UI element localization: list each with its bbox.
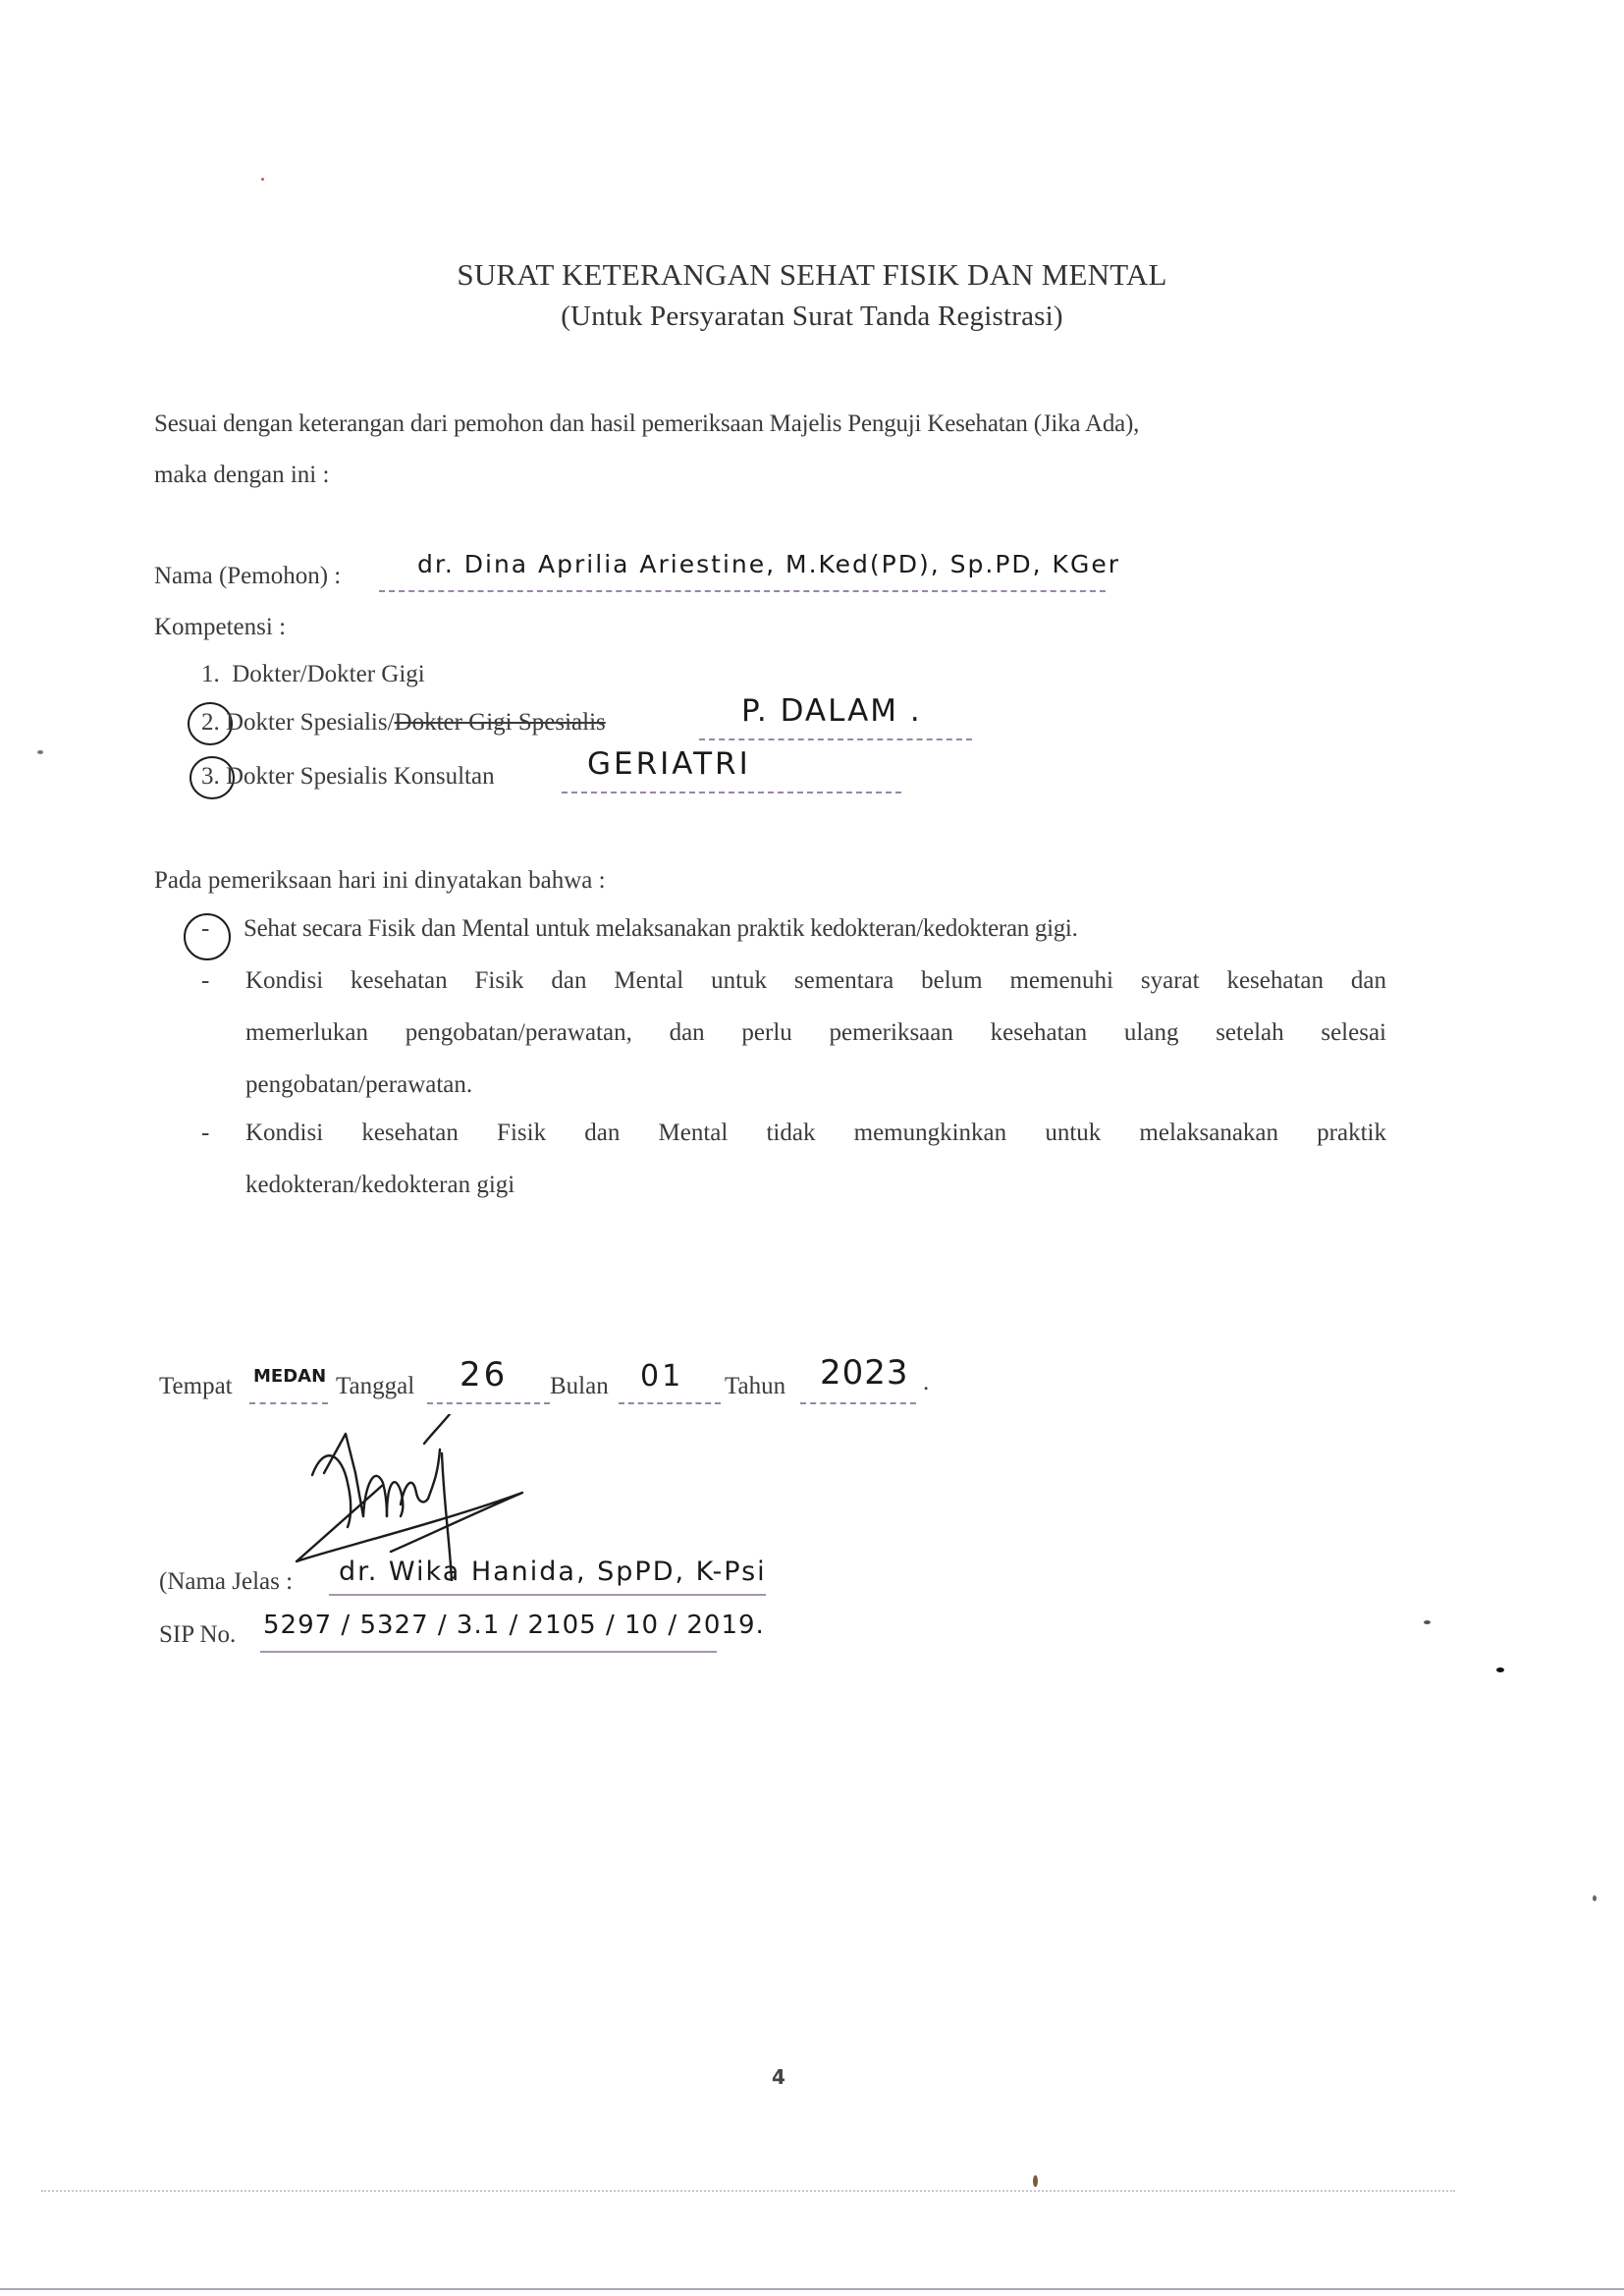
month-label: Bulan xyxy=(550,1373,609,1400)
competence-item-2-underline xyxy=(699,738,972,740)
competence-item-3-text: Dokter Spesialis Konsultan xyxy=(226,763,495,790)
month-underline xyxy=(619,1402,721,1404)
bottom-rule xyxy=(41,2190,1455,2192)
signer-name-value[interactable]: dr. Wika Hanida, SpPD, K-Psi xyxy=(339,1557,767,1587)
intro-line-1: Sesuai dengan keterangan dari pemohon da… xyxy=(154,410,1139,438)
option-2-line-2: memerlukan pengobatan/perawatan, dan per… xyxy=(245,1019,1386,1047)
scan-speck xyxy=(1593,1895,1597,1901)
place-underline xyxy=(249,1402,328,1404)
competence-item-3-underline xyxy=(562,792,901,793)
option-3-line-2: kedokteran/kedokteran gigi xyxy=(245,1172,514,1199)
competence-item-2-number: 2. xyxy=(201,709,220,736)
scan-speck xyxy=(1496,1667,1504,1672)
competence-item-2: 2. Dokter Spesialis/Dokter Gigi Spesiali… xyxy=(201,709,606,737)
applicant-label: Nama (Pemohon) : xyxy=(154,563,341,590)
sip-label: SIP No. xyxy=(159,1621,236,1649)
option-3-bullet: - xyxy=(201,1120,209,1147)
page-number: 4 xyxy=(772,2065,785,2089)
scan-speck xyxy=(37,750,43,754)
scan-speck xyxy=(1033,2175,1038,2187)
document-page: SURAT KETERANGAN SEHAT FISIK DAN MENTAL … xyxy=(0,0,1624,2296)
option-2-line-1: Kondisi kesehatan Fisik dan Mental untuk… xyxy=(245,967,1386,995)
competence-item-3-value[interactable]: GERIATRI xyxy=(587,746,751,782)
applicant-name-value[interactable]: dr. Dina Aprilia Ariestine, M.Ked(PD), S… xyxy=(417,550,1120,578)
option-1-text: Sehat secara Fisik dan Mental untuk mela… xyxy=(244,915,1078,943)
option-2-bullet: - xyxy=(201,967,209,995)
sip-underline xyxy=(260,1651,717,1653)
document-title: SURAT KETERANGAN SEHAT FISIK DAN MENTAL xyxy=(0,257,1624,293)
competence-item-1: 1. Dokter/Dokter Gigi xyxy=(201,661,425,688)
date-underline xyxy=(427,1402,550,1404)
option-2-line-3: pengobatan/perawatan. xyxy=(245,1071,472,1099)
competence-item-2-value[interactable]: P. DALAM . xyxy=(741,693,922,729)
date-label: Tanggal xyxy=(336,1373,414,1400)
option-3-line-1: Kondisi kesehatan Fisik dan Mental tidak… xyxy=(245,1120,1386,1147)
competence-item-1-text: Dokter/Dokter Gigi xyxy=(232,661,424,687)
year-label: Tahun xyxy=(725,1373,785,1400)
signer-name-underline xyxy=(329,1594,766,1596)
scan-speck xyxy=(1424,1620,1431,1624)
date-trailing-dot: . xyxy=(923,1369,929,1396)
date-value[interactable]: 26 xyxy=(460,1355,508,1394)
place-value[interactable]: MEDAN xyxy=(253,1366,326,1387)
competence-label: Kompetensi : xyxy=(154,614,286,641)
intro-line-2: maka dengan ini : xyxy=(154,462,329,489)
applicant-name-underline xyxy=(379,590,1106,592)
year-value[interactable]: 2023 xyxy=(820,1353,909,1393)
signer-name-label: (Nama Jelas : xyxy=(159,1568,293,1596)
scan-speck xyxy=(261,178,264,181)
exam-label: Pada pemeriksaan hari ini dinyatakan bah… xyxy=(154,867,606,895)
place-label: Tempat xyxy=(159,1373,233,1400)
document-subtitle: (Untuk Persyaratan Surat Tanda Registras… xyxy=(0,301,1624,333)
scan-edge xyxy=(0,2288,1624,2290)
year-underline xyxy=(800,1402,916,1404)
competence-item-3-number: 3. xyxy=(201,763,220,790)
competence-item-2-text: Dokter Spesialis/ xyxy=(226,709,395,736)
competence-item-1-number: 1. xyxy=(201,661,220,687)
competence-item-3: 3. Dokter Spesialis Konsultan xyxy=(201,763,495,791)
sip-value[interactable]: 5297 / 5327 / 3.1 / 2105 / 10 / 2019. xyxy=(263,1611,765,1640)
month-value[interactable]: 01 xyxy=(640,1359,683,1394)
competence-item-2-struck-text: Dokter Gigi Spesialis xyxy=(395,709,606,736)
option-1-bullet: - xyxy=(201,915,209,943)
